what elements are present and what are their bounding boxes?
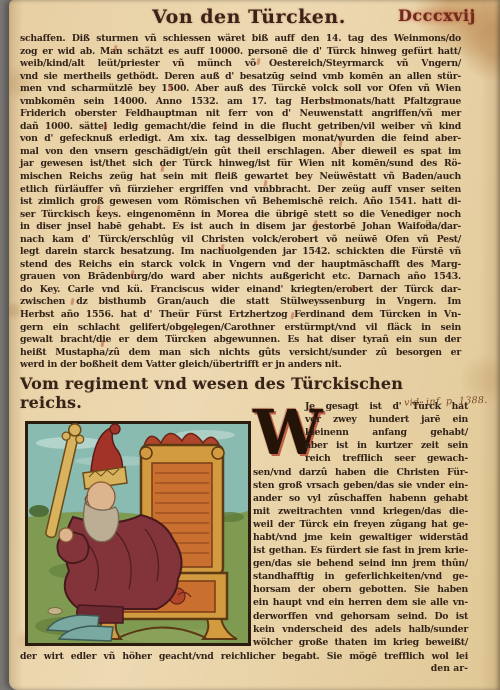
main-paragraph: schaffen. Diß sturmen vñ schiessen wäret…: [20, 33, 461, 372]
section-intro-column: Je gesagt ist d' Türck hat vor zwey hund…: [305, 400, 468, 465]
body-text-line: Friderich oberster Feldhauptman nit ferr…: [20, 108, 461, 121]
column-text-line: kein vnderscheid des adels halb/sunder: [253, 623, 468, 636]
section-main-column: sen/vnd darzû haben die Christen Für- st…: [253, 466, 468, 649]
body-text-line: gern ein schlacht gelifert/obgelegen/Car…: [20, 322, 461, 335]
body-text-line: ist zimlich groß gewesen vom Römischen v…: [20, 196, 461, 209]
column-text-line: ein haupt vnd ein herren dem sie alle vn…: [253, 596, 468, 609]
body-text-line: mischen Reichs zeüg hat sein mit fleiß g…: [20, 171, 461, 184]
drop-cap-initial: W: [253, 398, 307, 470]
body-text-line: schaffen. Diß sturmen vñ schiessen wäret…: [20, 33, 461, 46]
body-text-line: stend des Reichs ein starck volck in Vng…: [20, 259, 461, 272]
body-text-line: gewalt bracht/die er dem Türcken abgewun…: [20, 334, 461, 347]
column-text-line: sten groß vrsach geben/das sie vnder ein…: [253, 479, 468, 492]
column-text-line: horsam der obern gebotten. Sie haben: [253, 583, 468, 596]
body-text-line: dañ 1000. sättel ledig gemacht/die feind…: [20, 121, 461, 134]
body-text-line: zwischen dz bisthumb Gran/auch die statt…: [20, 296, 461, 309]
column-text-line: mit zweitrachten vnnd kriegen/das die-: [253, 505, 468, 518]
column-text-line: sen/vnd darzû haben die Christen Für-: [253, 466, 468, 479]
body-text-line: men vnd scharmützlē bey 1500. Aber auß d…: [20, 83, 461, 96]
column-text-line: weil der Türck ein freyen zûgang hat ge-: [253, 518, 468, 531]
handwritten-margin-mark: Ƀ.: [425, 219, 434, 229]
body-text-line: vmbkomēn sein 14000. Anno 1532. am 17. t…: [20, 96, 461, 109]
running-title: Von den Türcken.: [69, 6, 429, 28]
body-text-line: zog er wid ab. Man schätzt es auff 10000…: [20, 46, 461, 59]
scan-background: { "colors": { "background_gray": "#7b787…: [0, 0, 500, 690]
body-text-line: von d' gefecknuß erledigt. Am xix. tag d…: [20, 133, 461, 146]
column-text-line: ist gethan. Es fürdert sie fast in jrem …: [253, 544, 468, 557]
body-text-line: mal von den vnsern geschädigt/ein gût th…: [20, 146, 461, 159]
sultan-woodcut-illustration: [25, 421, 251, 646]
column-text-line: derworffen vnd gehorsam seind. Do ist: [253, 610, 468, 623]
column-text-line: standhafftig in geferlichkeiten/vnd ge-: [253, 570, 468, 583]
column-text-line: wölcher große thaten im krieg beweißt/: [253, 636, 468, 649]
body-text-line: grauen von Brādenburg/do ward aber nicht…: [20, 271, 461, 284]
book-page: Von den Türcken. Dcccxvij schaffen. Diß …: [9, 0, 500, 690]
closing-text-line: der wirt edler vñ höher geacht/vnd reich…: [20, 650, 468, 663]
body-text-line: etlich fürläuffer vñ fürzieher ergriffen…: [20, 184, 461, 197]
column-text-line: Je gesagt ist d' Türck hat: [305, 400, 468, 413]
page-number: Dcccxvij: [398, 6, 490, 25]
body-text-line: do Key. Carle vnd kü. Franciscus wider e…: [20, 284, 461, 297]
body-text-line: heißt Mustapha/zû dem man sich nichts gû…: [20, 347, 461, 360]
column-text-line: vor zwey hundert jarē ein: [305, 413, 468, 426]
body-text-line: werd in der boßheit dem Vatter gleich/üb…: [20, 359, 461, 372]
column-text-line: aber ist in kurtzer zeit sein: [305, 439, 468, 452]
body-text-line: jar gewesen ist/thet sich der Türck hinw…: [20, 158, 461, 171]
body-text-line: Herbst año 1556. hat d' Theür Fürst Ertz…: [20, 309, 461, 322]
column-text-line: habt/vnd jme kein gewaltiger widerstād: [253, 531, 468, 544]
body-text-line: weib/kind/alt leüt/priester vñ münch võ …: [20, 58, 461, 71]
body-text-line: nach kam d' Türck/erschlûg vil Christen …: [20, 234, 461, 247]
body-text-line: in diser jnsel habē gehabt. Es ist auch …: [20, 221, 461, 234]
body-text-line: ser Türckisch keys. eingenomēnn in Morea…: [20, 209, 461, 222]
catchword: den ar-: [20, 663, 468, 674]
body-text-line: legt darein starck besatzung. Im nachuol…: [20, 246, 461, 259]
column-text-line: ander so vyl zûschaffen habenn gehabt: [253, 492, 468, 505]
body-text-line: vnd sie mertheils gethödt. Deren auß d' …: [20, 71, 461, 84]
column-text-line: reich trefflich seer gewach-: [305, 452, 468, 465]
column-text-line: kleinenn anfang gehabt/: [305, 426, 468, 439]
column-text-line: gen/das sie behend seind inn jrem thûn/: [253, 557, 468, 570]
